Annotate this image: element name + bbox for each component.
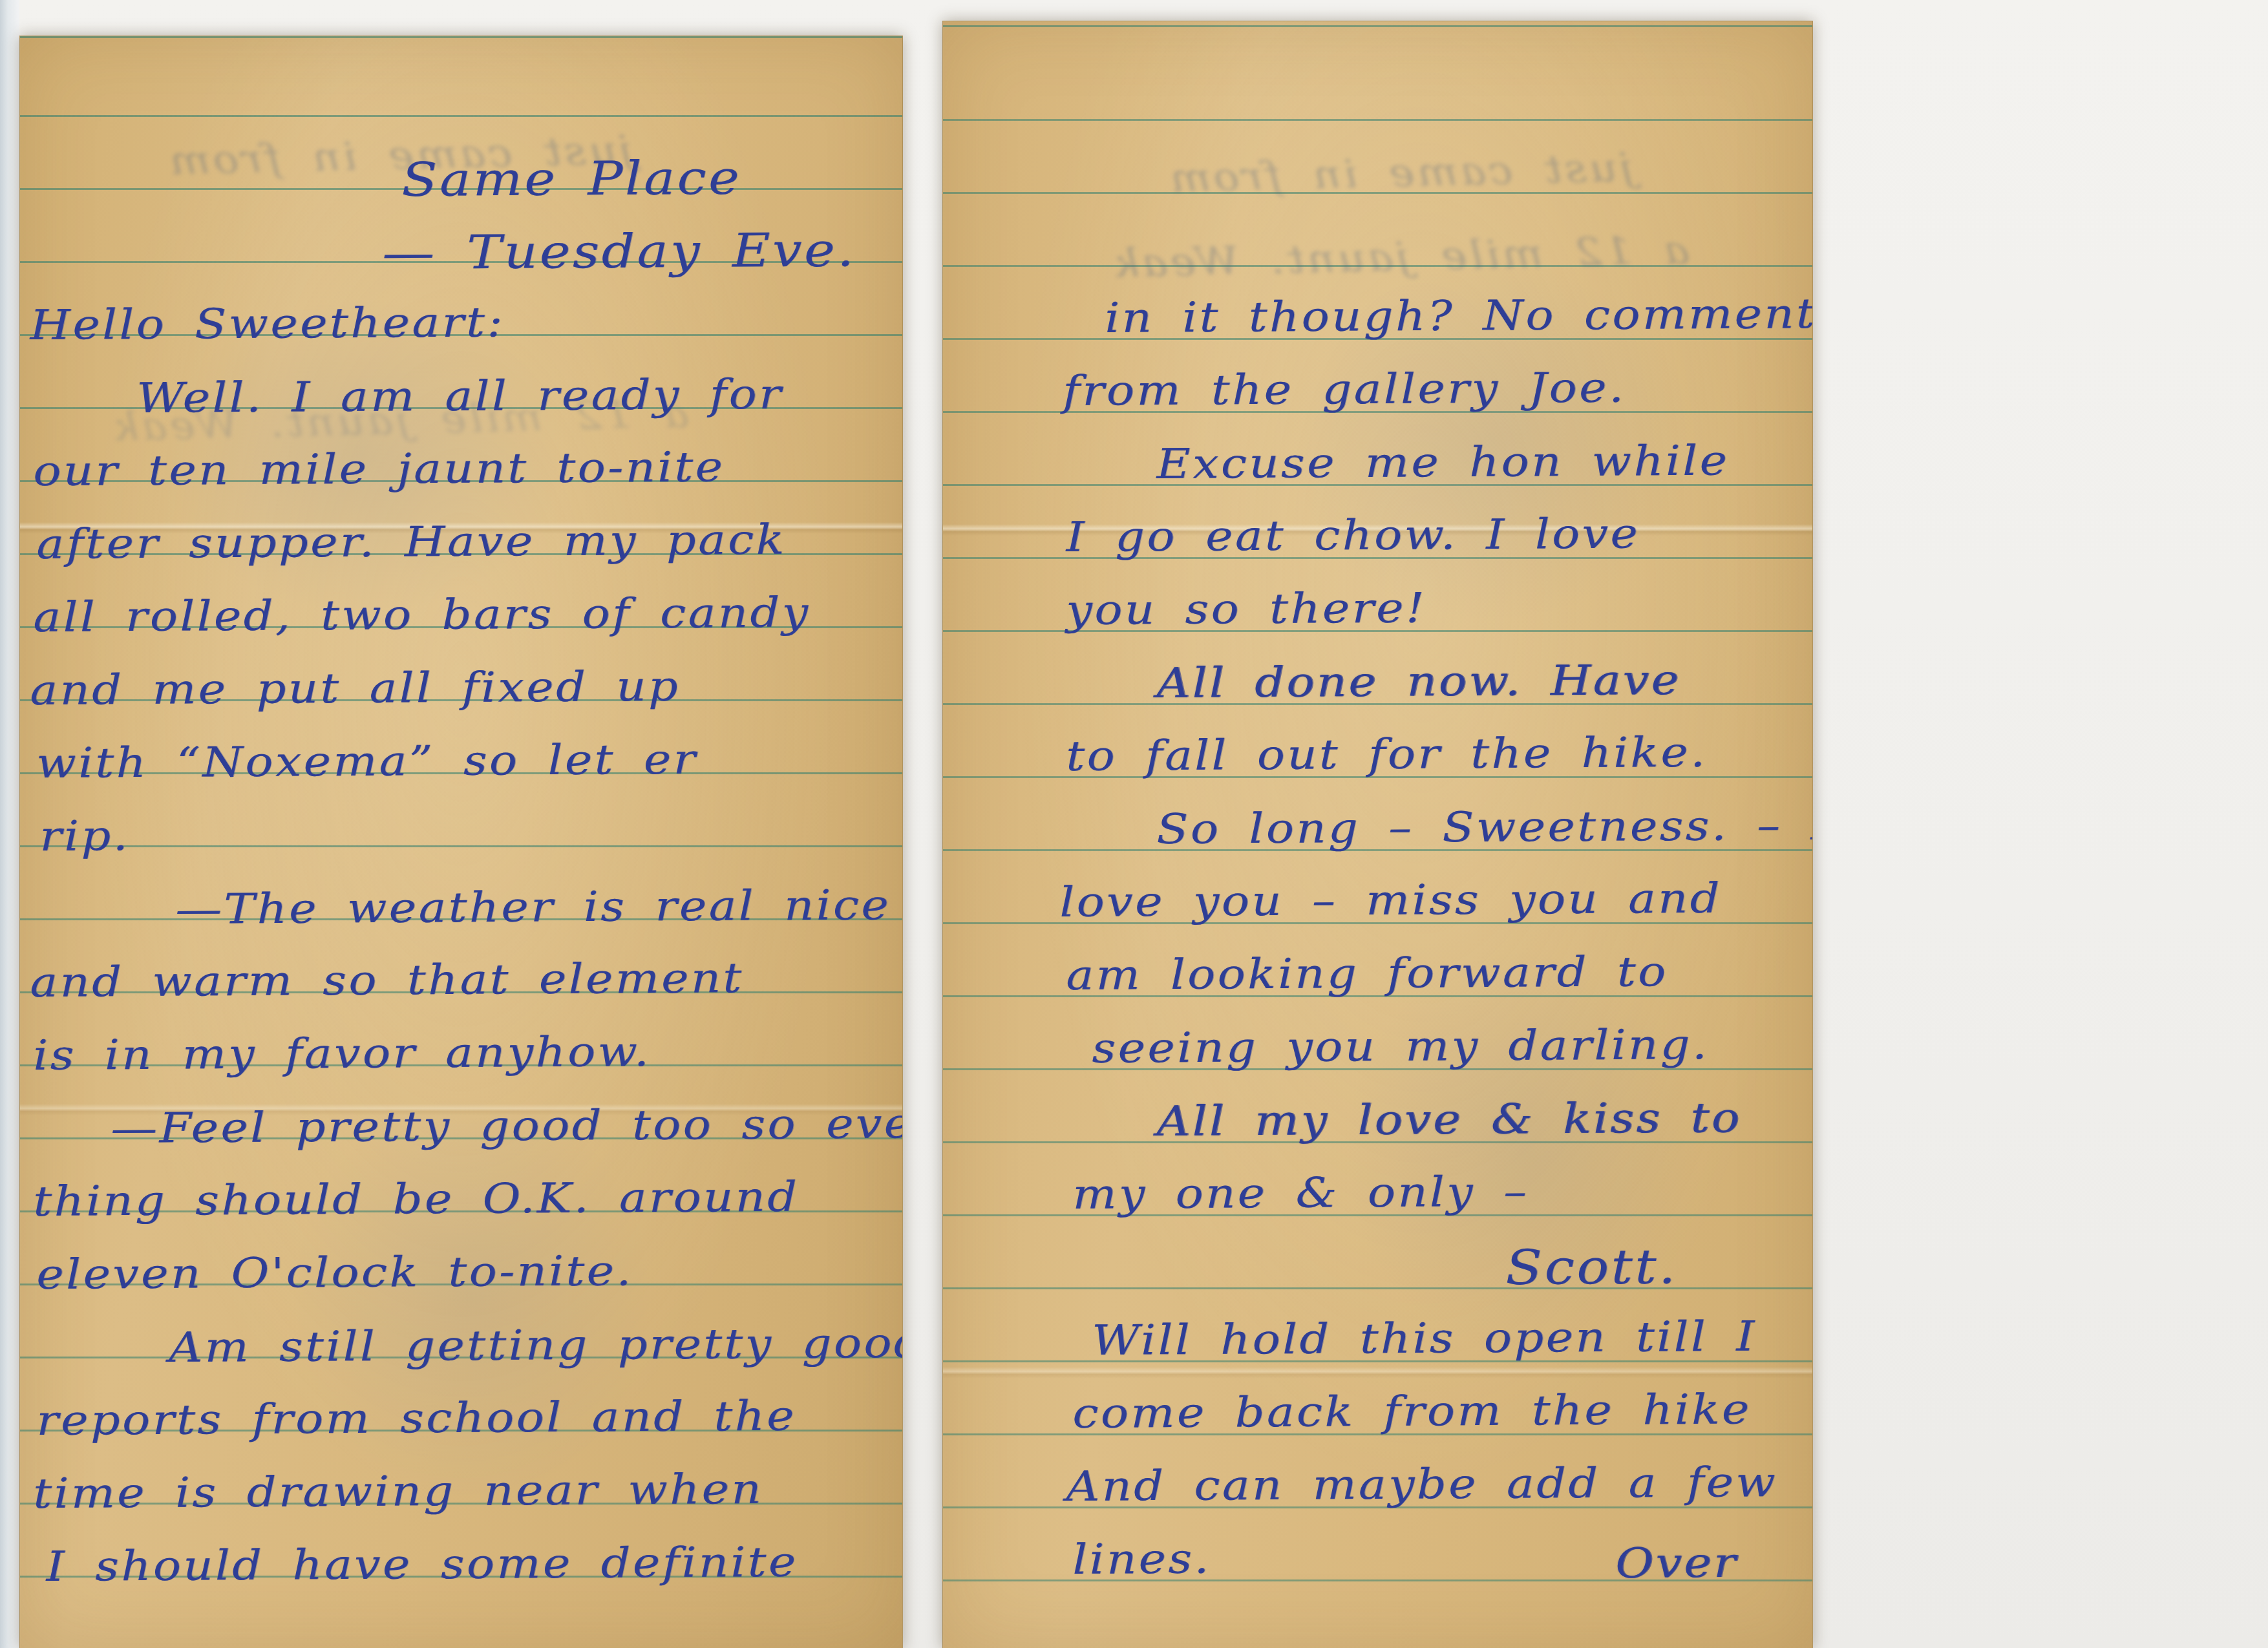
letter-line: rip. — [39, 803, 130, 871]
letter-line: Am still getting pretty good — [169, 1310, 903, 1382]
letter-page-1: just came in from a 12 mile jaunt. Weak … — [19, 36, 903, 1648]
letter-line: —Feel pretty good too so every — [111, 1090, 903, 1163]
letter-line: eleven O'clock to-nite. — [36, 1238, 633, 1309]
letter-line: come back from the hike — [1072, 1376, 1752, 1448]
letter-line: time is drawing near when — [33, 1456, 763, 1528]
letter-line: seeing you my darling. — [1092, 1011, 1709, 1083]
letter-line: Well. I am all ready for — [136, 361, 783, 432]
letter-line: and warm so that element — [30, 945, 744, 1017]
letter-line: So long – Sweetness. – I — [1156, 792, 1813, 863]
letter-line: I should have some definite — [46, 1529, 798, 1601]
letter-line: Same Place — [401, 144, 741, 213]
letter-line: — Tuesday Eve. — [382, 216, 856, 286]
letter-line: I go eat chow. I love — [1066, 500, 1640, 571]
letter-line: —The weather is real nice — [175, 872, 891, 944]
letter-line: reports from school and the — [36, 1383, 796, 1455]
letter-line: to fall out for the hike. — [1066, 719, 1708, 790]
letter-line: our ten mile jaunt to-nite — [33, 434, 725, 505]
letter-line: thing should be O.K. around — [33, 1164, 800, 1236]
letter-line: with “Noxema” so let er — [36, 726, 698, 798]
letter-line: and me put all fixed up — [30, 653, 680, 724]
letter-line: am looking forward to — [1066, 938, 1668, 1009]
letter-line: my one & only – — [1072, 1159, 1529, 1229]
over-note: Over — [1615, 1530, 1738, 1598]
letter-line: is in my favor anyhow. — [33, 1019, 651, 1090]
letter-line: lines. — [1072, 1526, 1211, 1594]
letter-page-2: just came in from a 12 mile jaunt. Weak … — [942, 21, 1813, 1648]
letter-line: you so there! — [1066, 575, 1427, 644]
letter-line: All my love & kiss to — [1156, 1084, 1742, 1156]
sleeve-edge — [0, 0, 19, 1648]
letter-line: love you – miss you and — [1059, 865, 1722, 936]
signature: Scott. — [1505, 1233, 1678, 1302]
scanned-letter: just came in from a 12 mile jaunt. Weak … — [0, 0, 2268, 1648]
letter-line: after supper. Have my pack — [36, 507, 787, 578]
letter-line: Will hold this open till I — [1092, 1304, 1757, 1375]
letter-line: Hello Sweetheart: — [30, 289, 505, 359]
letter-line: from the gallery Joe. — [1063, 355, 1626, 425]
letter-line: Excuse me hon while — [1156, 427, 1730, 498]
letter-line: All done now. Have — [1156, 647, 1681, 717]
letter-line: And can maybe add a few — [1066, 1449, 1778, 1521]
letter-line: all rolled, two bars of candy — [33, 580, 811, 651]
letter-line: in it though? No comments. — [1105, 280, 1813, 352]
